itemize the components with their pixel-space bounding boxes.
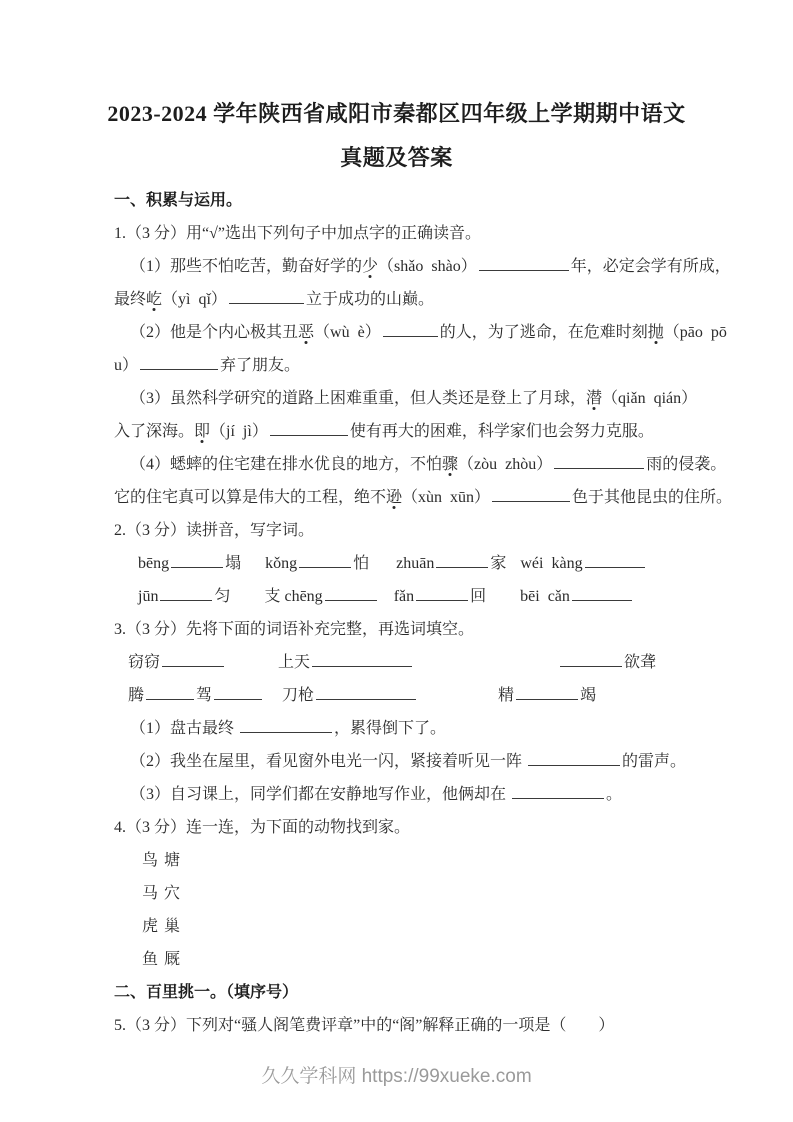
text-run: 2.（3 分）读拼音，写字词。	[114, 522, 314, 539]
answer-blank	[270, 421, 348, 436]
section-2-heading: 二、百里挑一。（填序号）	[114, 976, 723, 1009]
text-run: 一、积累与运用。	[114, 192, 242, 209]
text-run: bēng	[138, 555, 169, 572]
text-run: 窃窃	[128, 654, 160, 671]
text-run: 年，必定会学有所成，	[571, 258, 731, 275]
answer-blank	[479, 256, 569, 271]
watermark-text: 久久学科网 https://99xueke.com	[261, 1066, 531, 1087]
text-run: （shǎo shào）	[378, 258, 477, 275]
emphasized-char: 即	[194, 423, 210, 440]
emphasized-char: 抛	[648, 324, 664, 341]
q3-item1: （1）盘古最终 ，累得倒下了。	[114, 712, 723, 745]
text-run: 入了深海。	[114, 423, 194, 440]
spacer	[264, 699, 282, 700]
answer-blank	[240, 718, 332, 733]
text-run: 塌	[225, 555, 241, 572]
q2-pinyin-row2: jūn匀支 chēngfǎn回bēi cǎn	[114, 580, 723, 613]
answer-blank	[585, 553, 645, 568]
text-run: 色于其他昆虫的住所。	[572, 489, 732, 506]
answer-blank	[312, 652, 412, 667]
answer-blank	[146, 685, 194, 700]
text-run: （2）我坐在屋里，看见窗外电光一闪，紧接着听见一阵	[130, 753, 526, 770]
text-run: 它的住宅真可以算是伟大的工程，绝不	[114, 489, 386, 506]
text-run: （pāo pō	[664, 324, 727, 341]
text-run: 上天	[278, 654, 310, 671]
q1-item3-line1: （3）虽然科学研究的道路上困难重重，但人类还是登上了月球，潜（qiǎn qián…	[114, 382, 723, 415]
answer-blank	[171, 553, 223, 568]
text-run: （4）蟋蟀的住宅建在排水优良的地方，不怕	[130, 456, 442, 473]
q3-stem: 3.（3 分）先将下面的词语补充完整，再选词填空。	[114, 613, 723, 646]
text-run: 刀枪	[282, 687, 314, 704]
q2-pinyin-row1: bēng塌kǒng怕zhuān家wéi kàng	[114, 547, 723, 580]
q1-item4-line2: 它的住宅真可以算是伟大的工程，绝不逊（xùn xūn）色于其他昆虫的住所。	[114, 481, 723, 514]
text-run: 家	[490, 555, 506, 572]
spacer	[230, 600, 264, 601]
emphasized-char: 恶	[298, 324, 314, 341]
answer-blank	[572, 586, 632, 601]
text-run: （3）虽然科学研究的道路上困难重重，但人类还是登上了月球，	[130, 390, 586, 407]
q2-stem: 2.（3 分）读拼音，写字词。	[114, 514, 723, 547]
answer-blank	[316, 685, 416, 700]
text-run: 支 chēng	[264, 588, 322, 605]
text-run: 回	[470, 588, 486, 605]
spacer	[226, 666, 278, 667]
text-run: 。	[606, 786, 622, 803]
answer-blank	[512, 784, 604, 799]
text-run: （1）那些不怕吃苦，勤奋好学的	[130, 258, 362, 275]
answer-blank	[436, 553, 488, 568]
q1-item1-line1: （1）那些不怕吃苦，勤奋好学的少（shǎo shào）年，必定会学有所成，	[114, 250, 723, 283]
q3-item3: （3）自习课上，同学们都在安静地写作业，他俩却在 。	[114, 778, 723, 811]
answer-blank	[554, 454, 644, 469]
q4-match-row2: 马穴	[114, 877, 723, 910]
answer-blank	[299, 553, 351, 568]
text-run: （xùn xūn）	[402, 489, 490, 506]
text-run: 欲聋	[624, 654, 656, 671]
text-run: 弃了朋友。	[220, 357, 300, 374]
text-run: 5.（3 分）下列对“骚人阁笔费评章”中的“阁”解释正确的一项是（ ）	[114, 1017, 614, 1034]
text-run: 使有再大的困难，科学家们也会努力克服。	[350, 423, 654, 440]
text-run: 的雷声。	[622, 753, 686, 770]
answer-blank	[162, 652, 224, 667]
q4-stem: 4.（3 分）连一连，为下面的动物找到家。	[114, 811, 723, 844]
text-run: 塘	[164, 852, 180, 869]
text-run: ，累得倒下了。	[334, 720, 446, 737]
section-1-heading: 一、积累与运用。	[114, 184, 723, 217]
text-run: （qiǎn qián）	[602, 390, 697, 407]
text-run: 腾	[128, 687, 144, 704]
q1-stem: 1.（3 分）用“√”选出下列句子中加点字的正确读音。	[114, 217, 723, 250]
answer-blank	[560, 652, 622, 667]
exam-document-page: 2023-2024 学年陕西省咸阳市秦都区四年级上学期期中语文 真题及答案 一、…	[0, 0, 793, 1122]
text-run: 的人，为了逃命，在危难时刻	[440, 324, 648, 341]
text-run: 驾	[196, 687, 212, 704]
answer-blank	[516, 685, 578, 700]
text-run: 厩	[164, 951, 180, 968]
watermark-footer: 久久学科网 https://99xueke.com	[0, 1062, 793, 1092]
answer-blank	[214, 685, 262, 700]
text-run: （zòu zhòu）	[458, 456, 552, 473]
q3-item2: （2）我坐在屋里，看见窗外电光一闪，紧接着听见一阵 的雷声。	[114, 745, 723, 778]
text-run: 精	[498, 687, 514, 704]
q1-item1-line2: 最终屹（yì qǐ）立于成功的山巅。	[114, 283, 723, 316]
text-run: 竭	[580, 687, 596, 704]
text-run: jūn	[138, 588, 158, 605]
answer-blank	[492, 487, 570, 502]
exam-title-line-2: 真题及答案	[0, 136, 793, 180]
exam-body: 一、积累与运用。1.（3 分）用“√”选出下列句子中加点字的正确读音。（1）那些…	[0, 184, 793, 1042]
q5-stem: 5.（3 分）下列对“骚人阁笔费评章”中的“阁”解释正确的一项是（ ）	[114, 1009, 723, 1042]
emphasized-char: 骤	[442, 456, 458, 473]
text-run: fǎn	[394, 588, 414, 605]
answer-blank	[325, 586, 377, 601]
text-run: （yì qǐ）	[162, 291, 227, 308]
spacer	[369, 567, 396, 568]
spacer	[486, 600, 520, 601]
q4-match-row4: 鱼厩	[114, 943, 723, 976]
text-run: 雨的侵袭。	[646, 456, 726, 473]
emphasized-char: 屹	[146, 291, 162, 308]
text-run: 二、百里挑一。（填序号）	[114, 984, 298, 1001]
answer-blank	[229, 289, 304, 304]
text-run: 3.（3 分）先将下面的词语补充完整，再选词填空。	[114, 621, 474, 638]
q3-word-row1: 窃窃上天欲聋	[114, 646, 723, 679]
text-run: 怕	[353, 555, 369, 572]
text-run: 巢	[164, 918, 180, 935]
answer-blank	[140, 355, 218, 370]
text-run: 鸟	[142, 852, 158, 869]
q3-word-row2: 腾驾刀枪精竭	[114, 679, 723, 712]
text-run: 立于成功的山巅。	[306, 291, 434, 308]
answer-blank	[383, 322, 438, 337]
answer-blank	[416, 586, 468, 601]
text-run: 1.（3 分）用“√”选出下列句子中加点字的正确读音。	[114, 225, 481, 242]
text-run: （1）盘古最终	[130, 720, 238, 737]
text-run: kǒng	[265, 555, 297, 572]
text-run: wéi kàng	[520, 555, 582, 572]
spacer	[241, 567, 265, 568]
text-run: 虎	[142, 918, 158, 935]
exam-title-line-1: 2023-2024 学年陕西省咸阳市秦都区四年级上学期期中语文	[0, 92, 793, 136]
text-run: （wù è）	[314, 324, 381, 341]
text-run: 马	[142, 885, 158, 902]
text-run: bēi cǎn	[520, 588, 570, 605]
q1-item3-line2: 入了深海。即（jí jì）使有再大的困难，科学家们也会努力克服。	[114, 415, 723, 448]
text-run: zhuān	[396, 555, 434, 572]
spacer	[418, 699, 498, 700]
text-run: （2）他是个内心极其丑	[130, 324, 298, 341]
spacer	[414, 666, 558, 667]
q4-match-row1: 鸟塘	[114, 844, 723, 877]
answer-blank	[160, 586, 212, 601]
spacer	[506, 567, 520, 568]
emphasized-char: 少	[362, 258, 378, 275]
text-run: （3）自习课上，同学们都在安静地写作业，他俩却在	[130, 786, 510, 803]
text-run: 4.（3 分）连一连，为下面的动物找到家。	[114, 819, 410, 836]
text-run: 匀	[214, 588, 230, 605]
q1-item2-line2: u）弃了朋友。	[114, 349, 723, 382]
text-run: 穴	[164, 885, 180, 902]
spacer	[379, 600, 394, 601]
answer-blank	[528, 751, 620, 766]
emphasized-char: 逊	[386, 489, 402, 506]
q4-match-row3: 虎巢	[114, 910, 723, 943]
text-run: 鱼	[142, 951, 158, 968]
q1-item2-line1: （2）他是个内心极其丑恶（wù è）的人，为了逃命，在危难时刻抛（pāo pō	[114, 316, 723, 349]
exam-title: 2023-2024 学年陕西省咸阳市秦都区四年级上学期期中语文 真题及答案	[0, 0, 793, 180]
q1-item4-line1: （4）蟋蟀的住宅建在排水优良的地方，不怕骤（zòu zhòu）雨的侵袭。	[114, 448, 723, 481]
emphasized-char: 潜	[586, 390, 602, 407]
text-run: 最终	[114, 291, 146, 308]
text-run: u）	[114, 357, 138, 374]
text-run: （jí jì）	[210, 423, 268, 440]
